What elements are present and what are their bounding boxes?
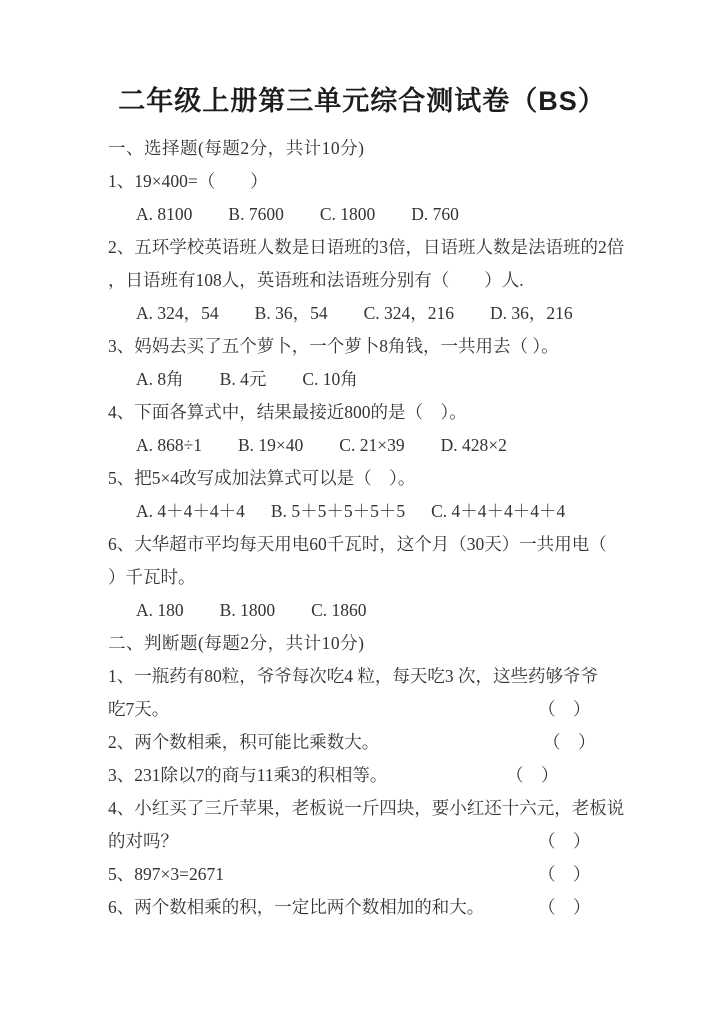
question-text: ，日语班有108人，英语班和法语班分别有（ ）人. — [108, 270, 524, 290]
question-text: 2、两个数相乘，积可能比乘数大。 — [108, 732, 379, 752]
answer-bracket: （ ） — [538, 891, 591, 924]
question-text: 5、897×3=2671 — [108, 864, 224, 884]
choice-question-6-line-2: ）千瓦时。 — [108, 561, 648, 594]
choice-question-5: 5、把5×4改写成加法算式可以是（ ）。 A. 4＋4＋4＋4 B. 5＋5＋5… — [108, 462, 648, 528]
question-text: 吃7天。 — [108, 699, 169, 719]
option-c: C. 10角 — [302, 363, 357, 396]
judge-question-3-line: 3、231除以7的商与11乘3的积相等。 （ ） — [108, 759, 648, 792]
option-c: C. 324，216 — [364, 297, 454, 330]
choice-question-3-options: A. 8角 B. 4元 C. 10角 — [108, 363, 648, 396]
choice-question-6: 6、大华超市平均每天用电60千瓦时，这个月（30天）一共用电（ ）千瓦时。 A.… — [108, 528, 648, 627]
answer-bracket: （ ） — [538, 825, 591, 858]
choice-question-1-options: A. 8100 B. 7600 C. 1800 D. 760 — [108, 198, 648, 231]
question-text: 的对吗？ — [108, 831, 178, 851]
question-text: 3、妈妈去买了五个萝卜，一个萝卜8角钱，一共用去（ ）。 — [108, 336, 559, 356]
question-text: 6、大华超市平均每天用电60千瓦时，这个月（30天）一共用电（ — [108, 534, 607, 554]
question-text: 1、一瓶药有80粒，爷爷每次吃4 粒，每天吃3 次，这些药够爷爷 — [108, 666, 598, 686]
option-d: D. 428×2 — [441, 429, 507, 462]
option-b: B. 7600 — [228, 198, 283, 231]
judge-question-6-line: 6、两个数相乘的积，一定比两个数相加的和大。 （ ） — [108, 891, 648, 924]
choice-question-2: 2、五环学校英语班人数是日语班的3倍，日语班人数是法语班的2倍 ，日语班有108… — [108, 231, 648, 330]
option-a: A. 868÷1 — [136, 429, 202, 462]
paper-content: 一、选择题(每题2分，共计10分) 1、19×400=（ ） A. 8100 B… — [108, 132, 648, 924]
choice-question-2-options: A. 324，54 B. 36，54 C. 324，216 D. 36，216 — [108, 297, 648, 330]
section-1-heading-text: 一、选择题(每题2分，共计10分) — [108, 138, 364, 158]
judge-question-1-line-1: 1、一瓶药有80粒，爷爷每次吃4 粒，每天吃3 次，这些药够爷爷 — [108, 660, 648, 693]
question-text: ）千瓦时。 — [108, 567, 196, 587]
judge-question-4-line-2: 的对吗？ （ ） — [108, 825, 648, 858]
judge-question-2: 2、两个数相乘，积可能比乘数大。 （ ） — [108, 726, 648, 759]
option-b: B. 36，54 — [255, 297, 328, 330]
judge-question-1-line-2: 吃7天。 （ ） — [108, 693, 648, 726]
answer-bracket: （ ） — [538, 858, 591, 891]
question-text: 4、下面各算式中，结果最接近800的是（ ）。 — [108, 402, 467, 422]
judge-question-2-line: 2、两个数相乘，积可能比乘数大。 （ ） — [108, 726, 648, 759]
section-1-heading: 一、选择题(每题2分，共计10分) — [108, 132, 648, 165]
option-a: A. 4＋4＋4＋4 — [136, 495, 245, 528]
judge-question-5-line: 5、897×3=2671 （ ） — [108, 858, 648, 891]
choice-question-6-options: A. 180 B. 1800 C. 1860 — [108, 594, 648, 627]
choice-question-4-options: A. 868÷1 B. 19×40 C. 21×39 D. 428×2 — [108, 429, 648, 462]
test-paper-page: 二年级上册第三单元综合测试卷（BS） 一、选择题(每题2分，共计10分) 1、1… — [0, 0, 724, 1024]
judge-question-3: 3、231除以7的商与11乘3的积相等。 （ ） — [108, 759, 648, 792]
option-a: A. 180 — [136, 594, 184, 627]
option-a: A. 8角 — [136, 363, 184, 396]
option-c: C. 4＋4＋4＋4＋4 — [431, 495, 565, 528]
option-a: A. 324，54 — [136, 297, 219, 330]
choice-question-5-options: A. 4＋4＋4＋4 B. 5＋5＋5＋5＋5 C. 4＋4＋4＋4＋4 — [108, 495, 648, 528]
choice-question-4: 4、下面各算式中，结果最接近800的是（ ）。 A. 868÷1 B. 19×4… — [108, 396, 648, 462]
choice-question-4-line: 4、下面各算式中，结果最接近800的是（ ）。 — [108, 396, 648, 429]
answer-bracket: （ ） — [506, 759, 559, 792]
option-a: A. 8100 — [136, 198, 192, 231]
choice-question-3-line: 3、妈妈去买了五个萝卜，一个萝卜8角钱，一共用去（ ）。 — [108, 330, 648, 363]
question-text: 4、小红买了三斤苹果，老板说一斤四块，要小红还十六元，老板说 — [108, 798, 624, 818]
choice-question-1: 1、19×400=（ ） A. 8100 B. 7600 C. 1800 D. … — [108, 165, 648, 231]
option-b: B. 4元 — [220, 363, 267, 396]
option-c: C. 1860 — [311, 594, 366, 627]
question-text: 1、19×400=（ ） — [108, 171, 268, 191]
question-text: 5、把5×4改写成加法算式可以是（ ）。 — [108, 468, 415, 488]
section-2-heading-text: 二、判断题(每题2分，共计10分) — [108, 633, 364, 653]
answer-bracket: （ ） — [543, 726, 596, 759]
option-d: D. 36，216 — [490, 297, 573, 330]
option-c: C. 1800 — [320, 198, 375, 231]
judge-question-6: 6、两个数相乘的积，一定比两个数相加的和大。 （ ） — [108, 891, 648, 924]
answer-bracket: （ ） — [538, 693, 591, 726]
page-title: 二年级上册第三单元综合测试卷（BS） — [0, 0, 724, 119]
question-text: 2、五环学校英语班人数是日语班的3倍，日语班人数是法语班的2倍 — [108, 237, 624, 257]
section-2-heading: 二、判断题(每题2分，共计10分) — [108, 627, 648, 660]
choice-question-3: 3、妈妈去买了五个萝卜，一个萝卜8角钱，一共用去（ ）。 A. 8角 B. 4元… — [108, 330, 648, 396]
judge-question-5: 5、897×3=2671 （ ） — [108, 858, 648, 891]
choice-question-1-line: 1、19×400=（ ） — [108, 165, 648, 198]
choice-question-6-line-1: 6、大华超市平均每天用电60千瓦时，这个月（30天）一共用电（ — [108, 528, 648, 561]
option-d: D. 760 — [411, 198, 459, 231]
option-b: B. 5＋5＋5＋5＋5 — [271, 495, 405, 528]
choice-question-2-line-1: 2、五环学校英语班人数是日语班的3倍，日语班人数是法语班的2倍 — [108, 231, 648, 264]
option-c: C. 21×39 — [339, 429, 404, 462]
option-b: B. 1800 — [220, 594, 275, 627]
question-text: 6、两个数相乘的积，一定比两个数相加的和大。 — [108, 897, 484, 917]
option-b: B. 19×40 — [238, 429, 303, 462]
judge-question-1: 1、一瓶药有80粒，爷爷每次吃4 粒，每天吃3 次，这些药够爷爷 吃7天。 （ … — [108, 660, 648, 726]
question-text: 3、231除以7的商与11乘3的积相等。 — [108, 765, 387, 785]
judge-question-4-line-1: 4、小红买了三斤苹果，老板说一斤四块，要小红还十六元，老板说 — [108, 792, 648, 825]
judge-question-4: 4、小红买了三斤苹果，老板说一斤四块，要小红还十六元，老板说 的对吗？ （ ） — [108, 792, 648, 858]
choice-question-5-line: 5、把5×4改写成加法算式可以是（ ）。 — [108, 462, 648, 495]
choice-question-2-line-2: ，日语班有108人，英语班和法语班分别有（ ）人. — [108, 264, 648, 297]
